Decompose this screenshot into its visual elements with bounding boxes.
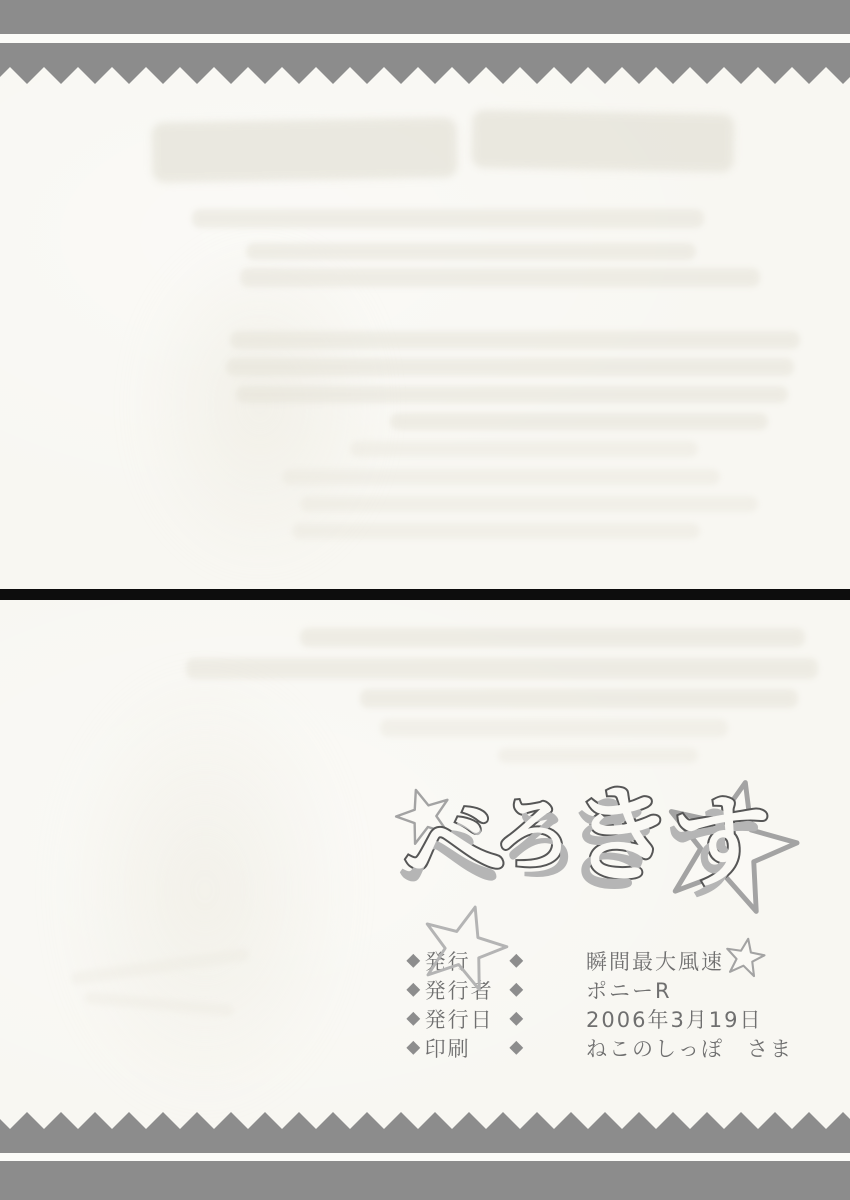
scan-page-gap [0,589,850,600]
diamond-icon: ◆ [406,1009,420,1027]
bleedthrough-line [186,658,818,679]
title-logo-char: す [670,790,775,895]
page-bottom: べ ろ き す ◆ 発行 ◆ 瞬間最大風速 ◆ 発行者 ◆ ポニー [0,600,850,1200]
title-logo-char: き [568,782,676,890]
bleedthrough-line [226,358,794,376]
bleedthrough-line [498,748,698,763]
bleedthrough-line [236,386,788,403]
bleedthrough-line [246,243,696,260]
colophon-value: ねこのしっぽ さま [586,1033,793,1063]
page-top [0,0,850,589]
bleedthrough-art-blob [50,660,360,1120]
colophon-label-text: 発行日 [425,1004,507,1034]
top-border-band [0,0,850,34]
colophon-label: ◆ 発行日 ◆ [404,1004,586,1034]
top-border-white-line [0,34,850,43]
bleedthrough-line [192,209,704,228]
diamond-icon: ◆ [509,1038,523,1056]
bottom-border-band [0,1161,850,1200]
bottom-border-white-line [0,1153,850,1161]
bleedthrough-line [292,523,700,539]
colophon-label: ◆ 印刷 ◆ [404,1033,586,1063]
title-logo-char: ろ [489,792,576,879]
bleedthrough-title [151,117,457,182]
diamond-icon: ◆ [406,980,420,998]
bleedthrough-line [360,689,798,708]
colophon-row-printer: ◆ 印刷 ◆ ねこのしっぽ さま [404,1033,793,1062]
bleedthrough-line [282,469,720,485]
bleedthrough-line [300,496,758,512]
top-zigzag-border [0,50,850,84]
colophon-value: ポニーR [586,975,672,1005]
bleedthrough-title [472,110,735,173]
colophon-label-text: 印刷 [425,1033,507,1063]
colophon-value: 2006年3月19日 [586,1004,763,1034]
bleedthrough-line [240,268,760,287]
diamond-icon: ◆ [406,1038,420,1056]
bleedthrough-line [350,441,698,457]
diamond-icon: ◆ [509,980,523,998]
colophon-value: 瞬間最大風速 [586,946,724,976]
bleedthrough-line [390,413,768,430]
diamond-icon: ◆ [509,1009,523,1027]
colophon-row-date: ◆ 発行日 ◆ 2006年3月19日 [404,1004,793,1033]
bleedthrough-line [300,628,805,647]
scanned-doujinshi-spread: べ ろ き す ◆ 発行 ◆ 瞬間最大風速 ◆ 発行者 ◆ ポニー [0,0,850,1200]
bleedthrough-line [380,719,728,737]
bottom-zigzag-border [0,1112,850,1146]
bleedthrough-line [230,331,800,349]
